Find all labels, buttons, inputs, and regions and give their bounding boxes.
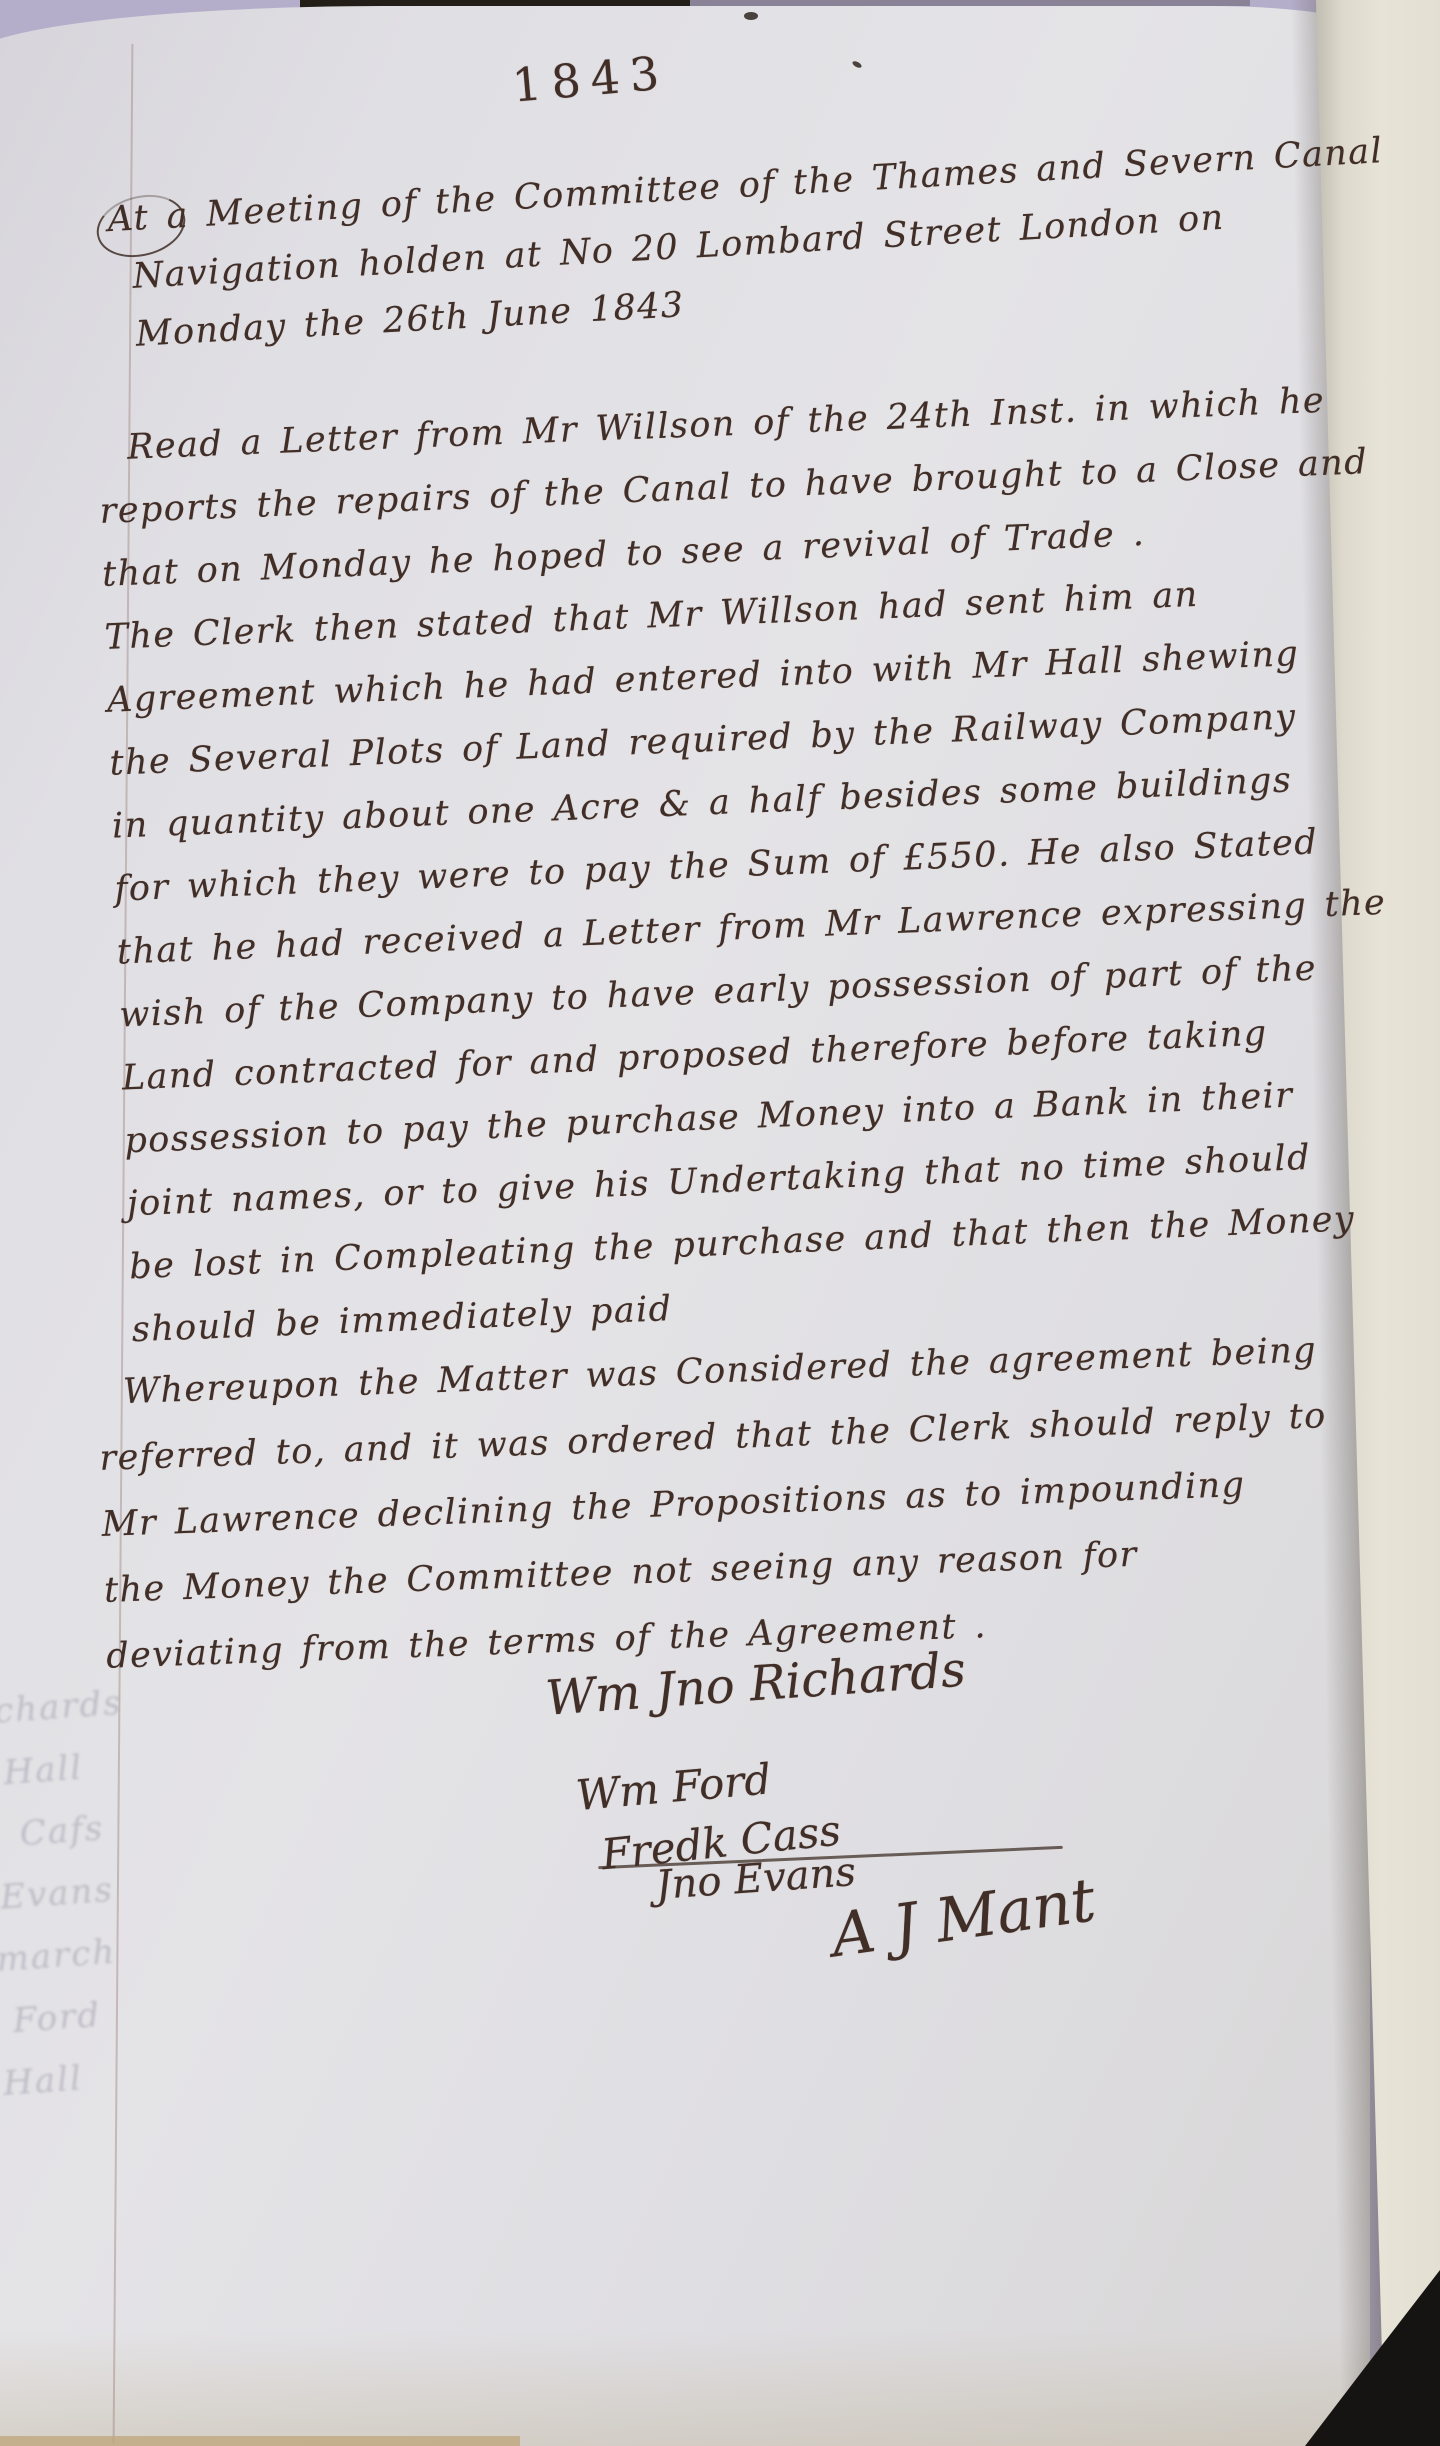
bleedthrough-ghost-text: ichardsHallCafsEvansmarchFordHall: [0, 1663, 269, 2114]
bottom-page-edge: [0, 2436, 520, 2446]
page-bottom-tint: [0, 2330, 1400, 2446]
body-paragraph: Read a Letter from Mr Willson of the 24t…: [96, 368, 1402, 1362]
dust-speck: [744, 12, 758, 20]
manuscript-photo: 1843 At a Meeting of the Committee of th…: [0, 0, 1440, 2446]
